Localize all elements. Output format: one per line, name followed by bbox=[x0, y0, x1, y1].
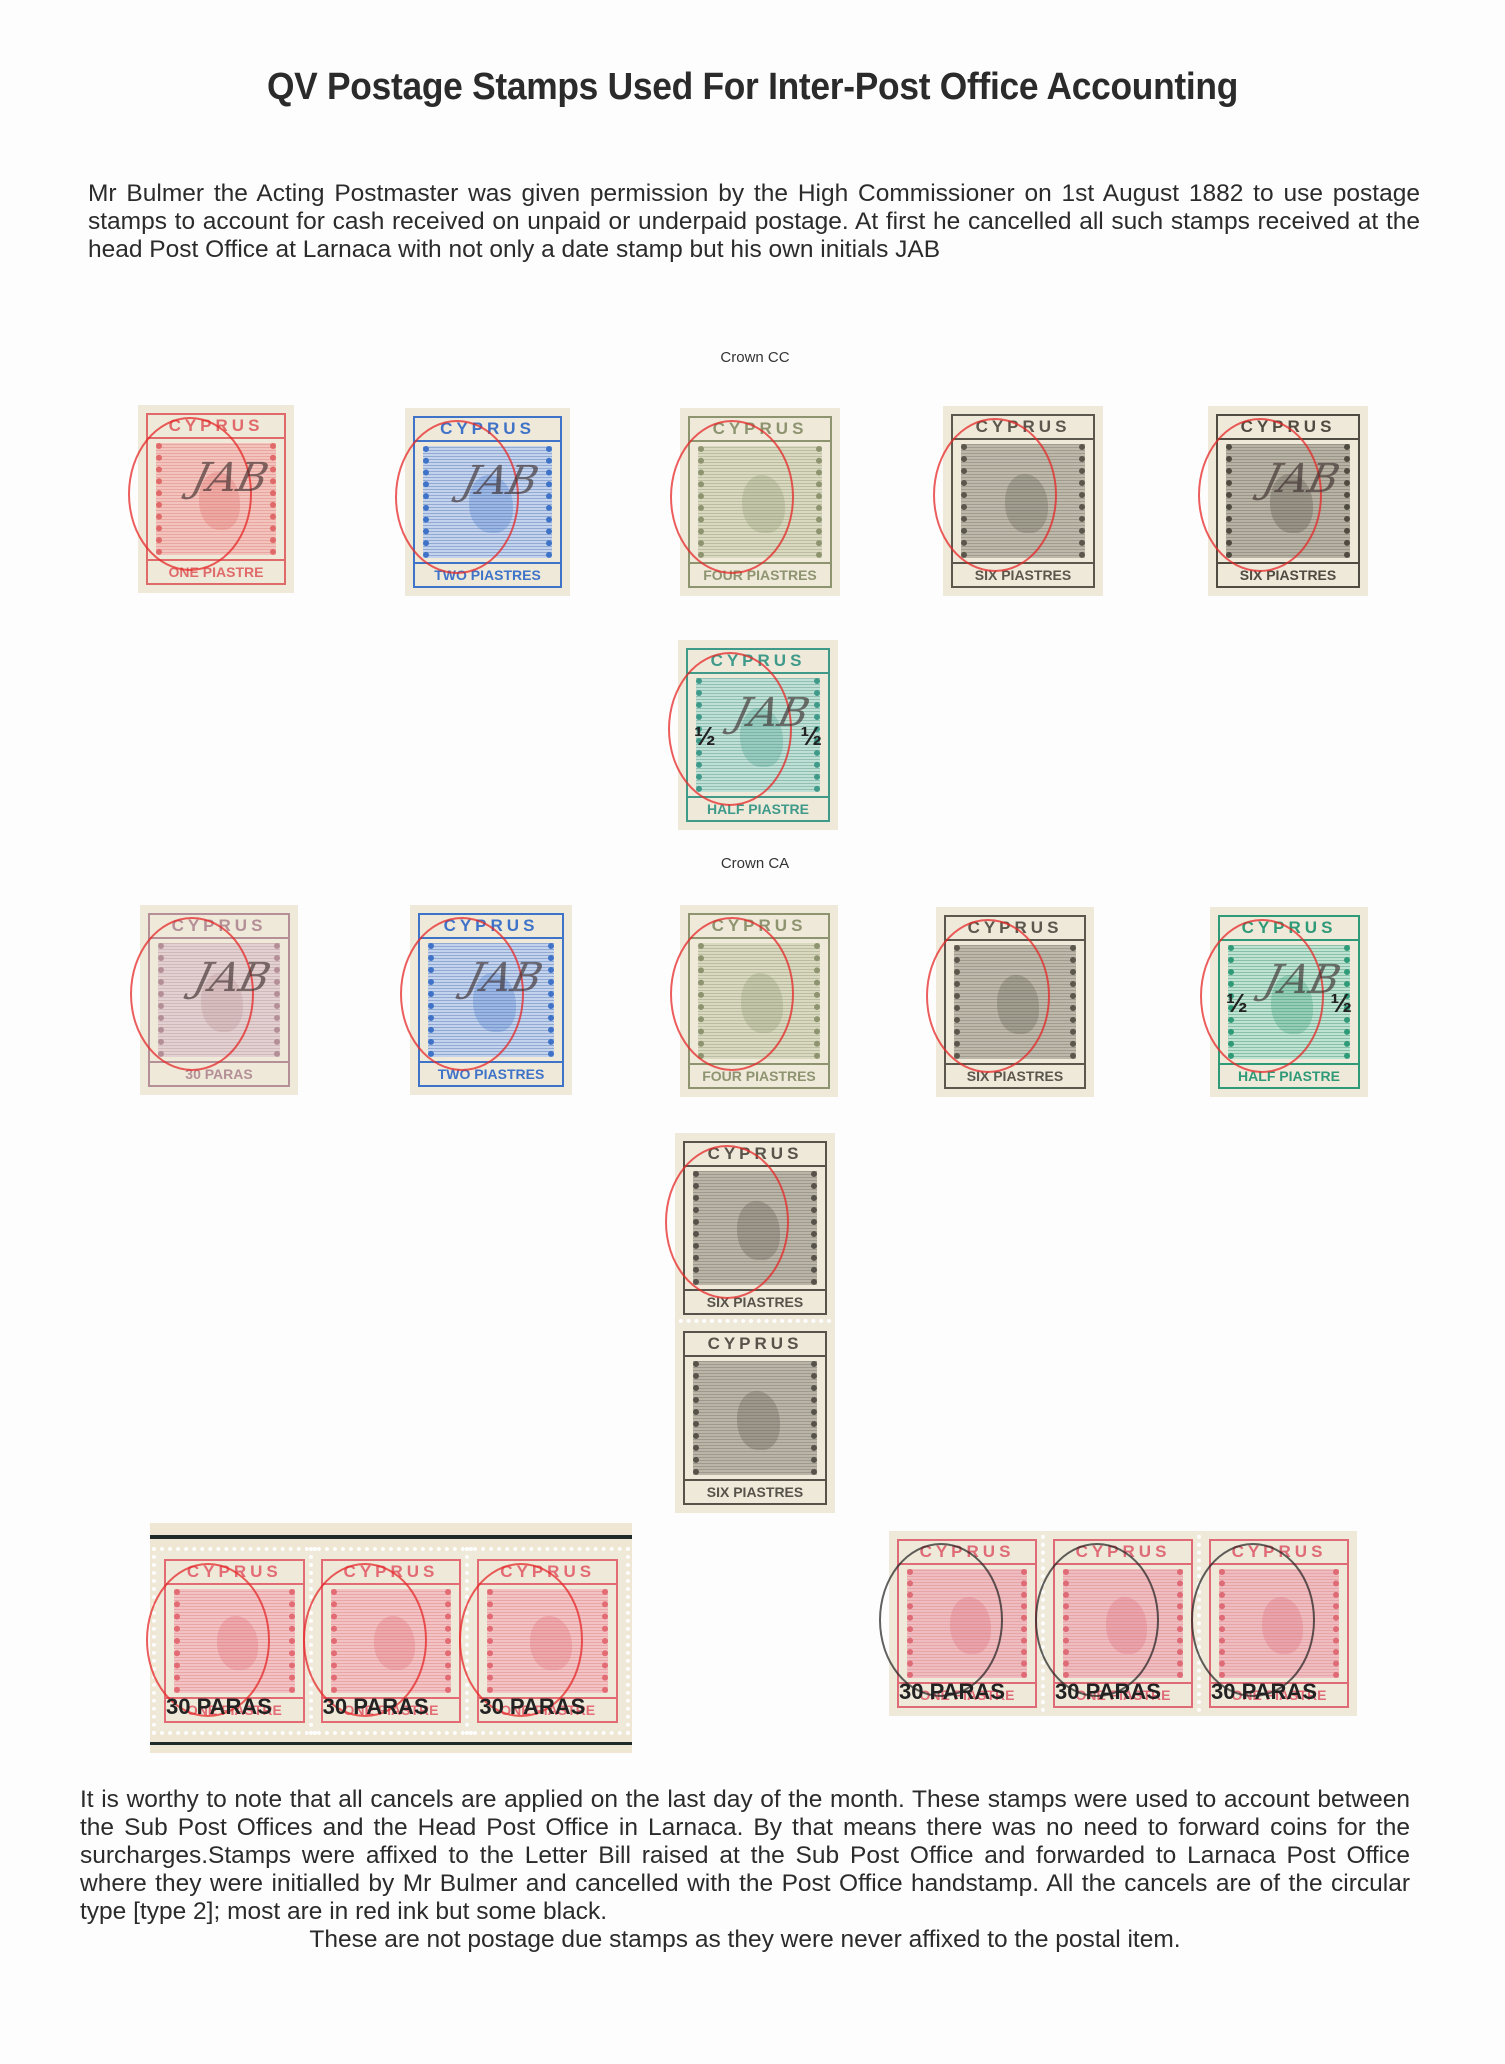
portrait-head-icon bbox=[737, 1391, 780, 1450]
stamp-crown-cc-3: CYPRUSSIX PIASTRES bbox=[943, 406, 1103, 596]
piece-top-rule bbox=[150, 1535, 632, 1539]
surcharge-30-paras: 30 PARAS bbox=[479, 1695, 585, 1719]
circular-datestamp-cancel bbox=[665, 1145, 789, 1299]
stamp-strip0-2: CYPRUSONE PIASTRE30 PARAS bbox=[469, 1551, 626, 1731]
stamp-strip0-0: CYPRUSONE PIASTRE30 PARAS bbox=[156, 1551, 313, 1731]
stamp-crown-cc-5: CYPRUSHALF PIASTRE½½JAB bbox=[678, 640, 838, 830]
stamp-crown-ca-1: CYPRUSTWO PIASTRESJAB bbox=[410, 905, 572, 1095]
caption-crown-cc: Crown CC bbox=[655, 349, 855, 366]
stamp-crown-cc-4: CYPRUSSIX PIASTRESJAB bbox=[1208, 406, 1368, 596]
circular-datestamp-cancel bbox=[933, 418, 1057, 572]
stamp-crown-ca-2: CYPRUSFOUR PIASTRES bbox=[680, 905, 838, 1097]
intro-paragraph: Mr Bulmer the Acting Postmaster was give… bbox=[88, 180, 1420, 264]
surcharge-30-paras: 30 PARAS bbox=[166, 1695, 272, 1719]
closing-text: It is worthy to note that all cancels ar… bbox=[80, 1786, 1410, 1925]
surcharge-30-paras: 30 PARAS bbox=[899, 1680, 1005, 1704]
circular-datestamp-cancel bbox=[670, 420, 794, 574]
surcharge-30-paras: 30 PARAS bbox=[1211, 1680, 1317, 1704]
stamp-crown-ca-4: CYPRUSHALF PIASTRE½½JAB bbox=[1210, 907, 1368, 1097]
caption-crown-ca: Crown CA bbox=[655, 855, 855, 872]
stamp-crown-cc-0: CYPRUSONE PIASTREJAB bbox=[138, 405, 294, 593]
surcharge-30-paras: 30 PARAS bbox=[323, 1695, 429, 1719]
surcharge-30-paras: 30 PARAS bbox=[1055, 1680, 1161, 1704]
stamp-crown-ca-5: CYPRUSSIX PIASTRES bbox=[675, 1133, 835, 1323]
closing-note: These are not postage due stamps as they… bbox=[80, 1926, 1410, 1954]
stamp-strip1-0: CYPRUSONE PIASTRE30 PARAS bbox=[889, 1531, 1045, 1716]
stamp-strip1-2: CYPRUSONE PIASTRE30 PARAS bbox=[1201, 1531, 1357, 1716]
page-title: QV Postage Stamps Used For Inter-Post Of… bbox=[53, 66, 1453, 109]
stamp-strip0-1: CYPRUSONE PIASTRE30 PARAS bbox=[313, 1551, 470, 1731]
stamp-crown-cc-1: CYPRUSTWO PIASTRESJAB bbox=[405, 408, 570, 596]
stamp-crown-ca-3: CYPRUSSIX PIASTRES bbox=[936, 907, 1094, 1097]
piece-bottom-rule bbox=[150, 1742, 632, 1745]
circular-datestamp-cancel bbox=[926, 919, 1050, 1073]
stamp-crown-ca-6: CYPRUSSIX PIASTRES bbox=[675, 1323, 835, 1513]
stamp-strip1-1: CYPRUSONE PIASTRE30 PARAS bbox=[1045, 1531, 1201, 1716]
closing-paragraph: It is worthy to note that all cancels ar… bbox=[80, 1786, 1410, 1954]
queen-victoria-portrait bbox=[693, 1361, 817, 1475]
stamp-value: SIX PIASTRES bbox=[685, 1479, 825, 1503]
stamp-country: CYPRUS bbox=[685, 1333, 825, 1357]
stamp-crown-cc-2: CYPRUSFOUR PIASTRES bbox=[680, 408, 840, 596]
stamp-crown-ca-0: CYPRUS30 PARASJAB bbox=[140, 905, 298, 1095]
circular-datestamp-cancel bbox=[670, 917, 794, 1071]
